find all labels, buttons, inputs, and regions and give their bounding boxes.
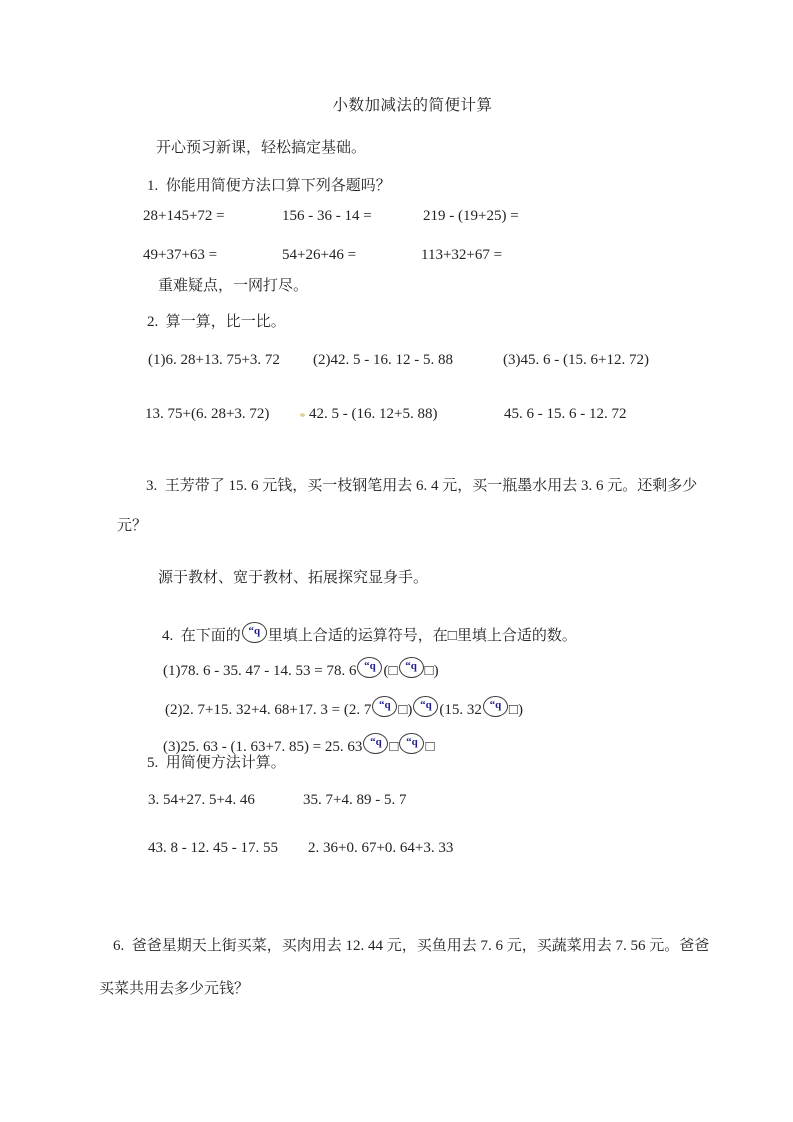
circle-glyph: “q — [414, 697, 437, 713]
q5-expression: 3. 54+27. 5+4. 46 — [148, 790, 255, 810]
operation-circle: “q — [413, 696, 438, 717]
q1-expression: 113+32+67 = — [421, 245, 502, 265]
question-3-text-line1: 3. 王芳带了 15. 6 元钱，买一枝钢笔用去 6. 4 元，买一瓶墨水用去 … — [146, 476, 697, 496]
operation-circle: “q — [399, 733, 424, 754]
operation-circle: “q — [372, 696, 397, 717]
circle-glyph: “q — [373, 697, 396, 713]
q5-expression: 35. 7+4. 89 - 5. 7 — [303, 790, 406, 810]
question-6-text-line2: 买菜共用去多少元钱？ — [99, 979, 249, 999]
worksheet-page: 小数加减法的简便计算 开心预习新课，轻松搞定基础。 1. 你能用简便方法口算下列… — [0, 0, 793, 1122]
operation-circle: “q — [399, 657, 424, 678]
q1-expression: 54+26+46 = — [282, 245, 356, 265]
question-6-text-line1: 6. 爸爸星期天上街买菜，买肉用去 12. 44 元，买鱼用去 7. 6 元，买… — [113, 936, 709, 956]
question-5-label: 5. 用简便方法计算。 — [147, 753, 286, 773]
q4-equation-segment: □) — [425, 663, 439, 679]
q2-expression: (2)42. 5 - 16. 12 - 5. 88 — [313, 350, 453, 370]
q2-expression: 13. 75+(6. 28+3. 72) — [145, 404, 269, 424]
q2-expression: (1)6. 28+13. 75+3. 72 — [148, 350, 280, 370]
q5-expression: 2. 36+0. 67+0. 64+3. 33 — [308, 838, 453, 858]
q1-expression: 156 - 36 - 14 = — [282, 206, 372, 226]
q4-equation-segment: (1)78. 6 - 35. 47 - 14. 53 = 78. 6 — [163, 663, 356, 679]
q4-equation-segment: □ — [425, 739, 434, 755]
operation-circle: “q — [483, 696, 508, 717]
q4-equation-segment: (15. 32 — [439, 702, 482, 718]
q1-expression: 28+145+72 = — [143, 206, 225, 226]
q4-equation-segment: □) — [398, 702, 412, 718]
circle-glyph: “q — [364, 734, 387, 750]
q2-expression: 42. 5 - (16. 12+5. 88) — [309, 404, 437, 424]
worksheet-title: 小数加减法的简便计算 — [0, 96, 793, 116]
q4-equation-segment: □) — [509, 702, 523, 718]
q2-expression: (3)45. 6 - (15. 6+12. 72) — [503, 350, 649, 370]
q1-expression: 219 - (19+25) = — [423, 206, 519, 226]
circle-glyph: “q — [243, 623, 266, 639]
q4-equation-segment: □ — [389, 739, 398, 755]
intro-key-points: 重难疑点，一网打尽。 — [158, 276, 308, 296]
circle-glyph: “q — [400, 734, 423, 750]
intro-basics: 开心预习新课，轻松搞定基础。 — [156, 138, 366, 158]
question-1-label: 1. 你能用简便方法口算下列各题吗？ — [147, 176, 391, 196]
circle-glyph: “q — [358, 658, 381, 674]
operation-circle: “q — [363, 733, 388, 754]
q2-expression: 45. 6 - 15. 6 - 12. 72 — [504, 404, 627, 424]
intro-explore: 源于教材、宽于教材、拓展探究显身手。 — [158, 568, 428, 588]
operation-circle: “q — [357, 657, 382, 678]
scan-artifact-dot — [300, 413, 305, 417]
q1-expression: 49+37+63 = — [143, 245, 217, 265]
operation-circle: “q — [242, 622, 267, 643]
q4-equation-segment: (□ — [383, 663, 397, 679]
question-3-text-line2: 元？ — [117, 516, 147, 536]
question-2-label: 2. 算一算，比一比。 — [147, 312, 286, 332]
q5-expression: 43. 8 - 12. 45 - 17. 55 — [148, 838, 278, 858]
q4-equation-segment: (2)2. 7+15. 32+4. 68+17. 3 = (2. 7 — [165, 702, 371, 718]
circle-glyph: “q — [484, 697, 507, 713]
circle-glyph: “q — [400, 658, 423, 674]
